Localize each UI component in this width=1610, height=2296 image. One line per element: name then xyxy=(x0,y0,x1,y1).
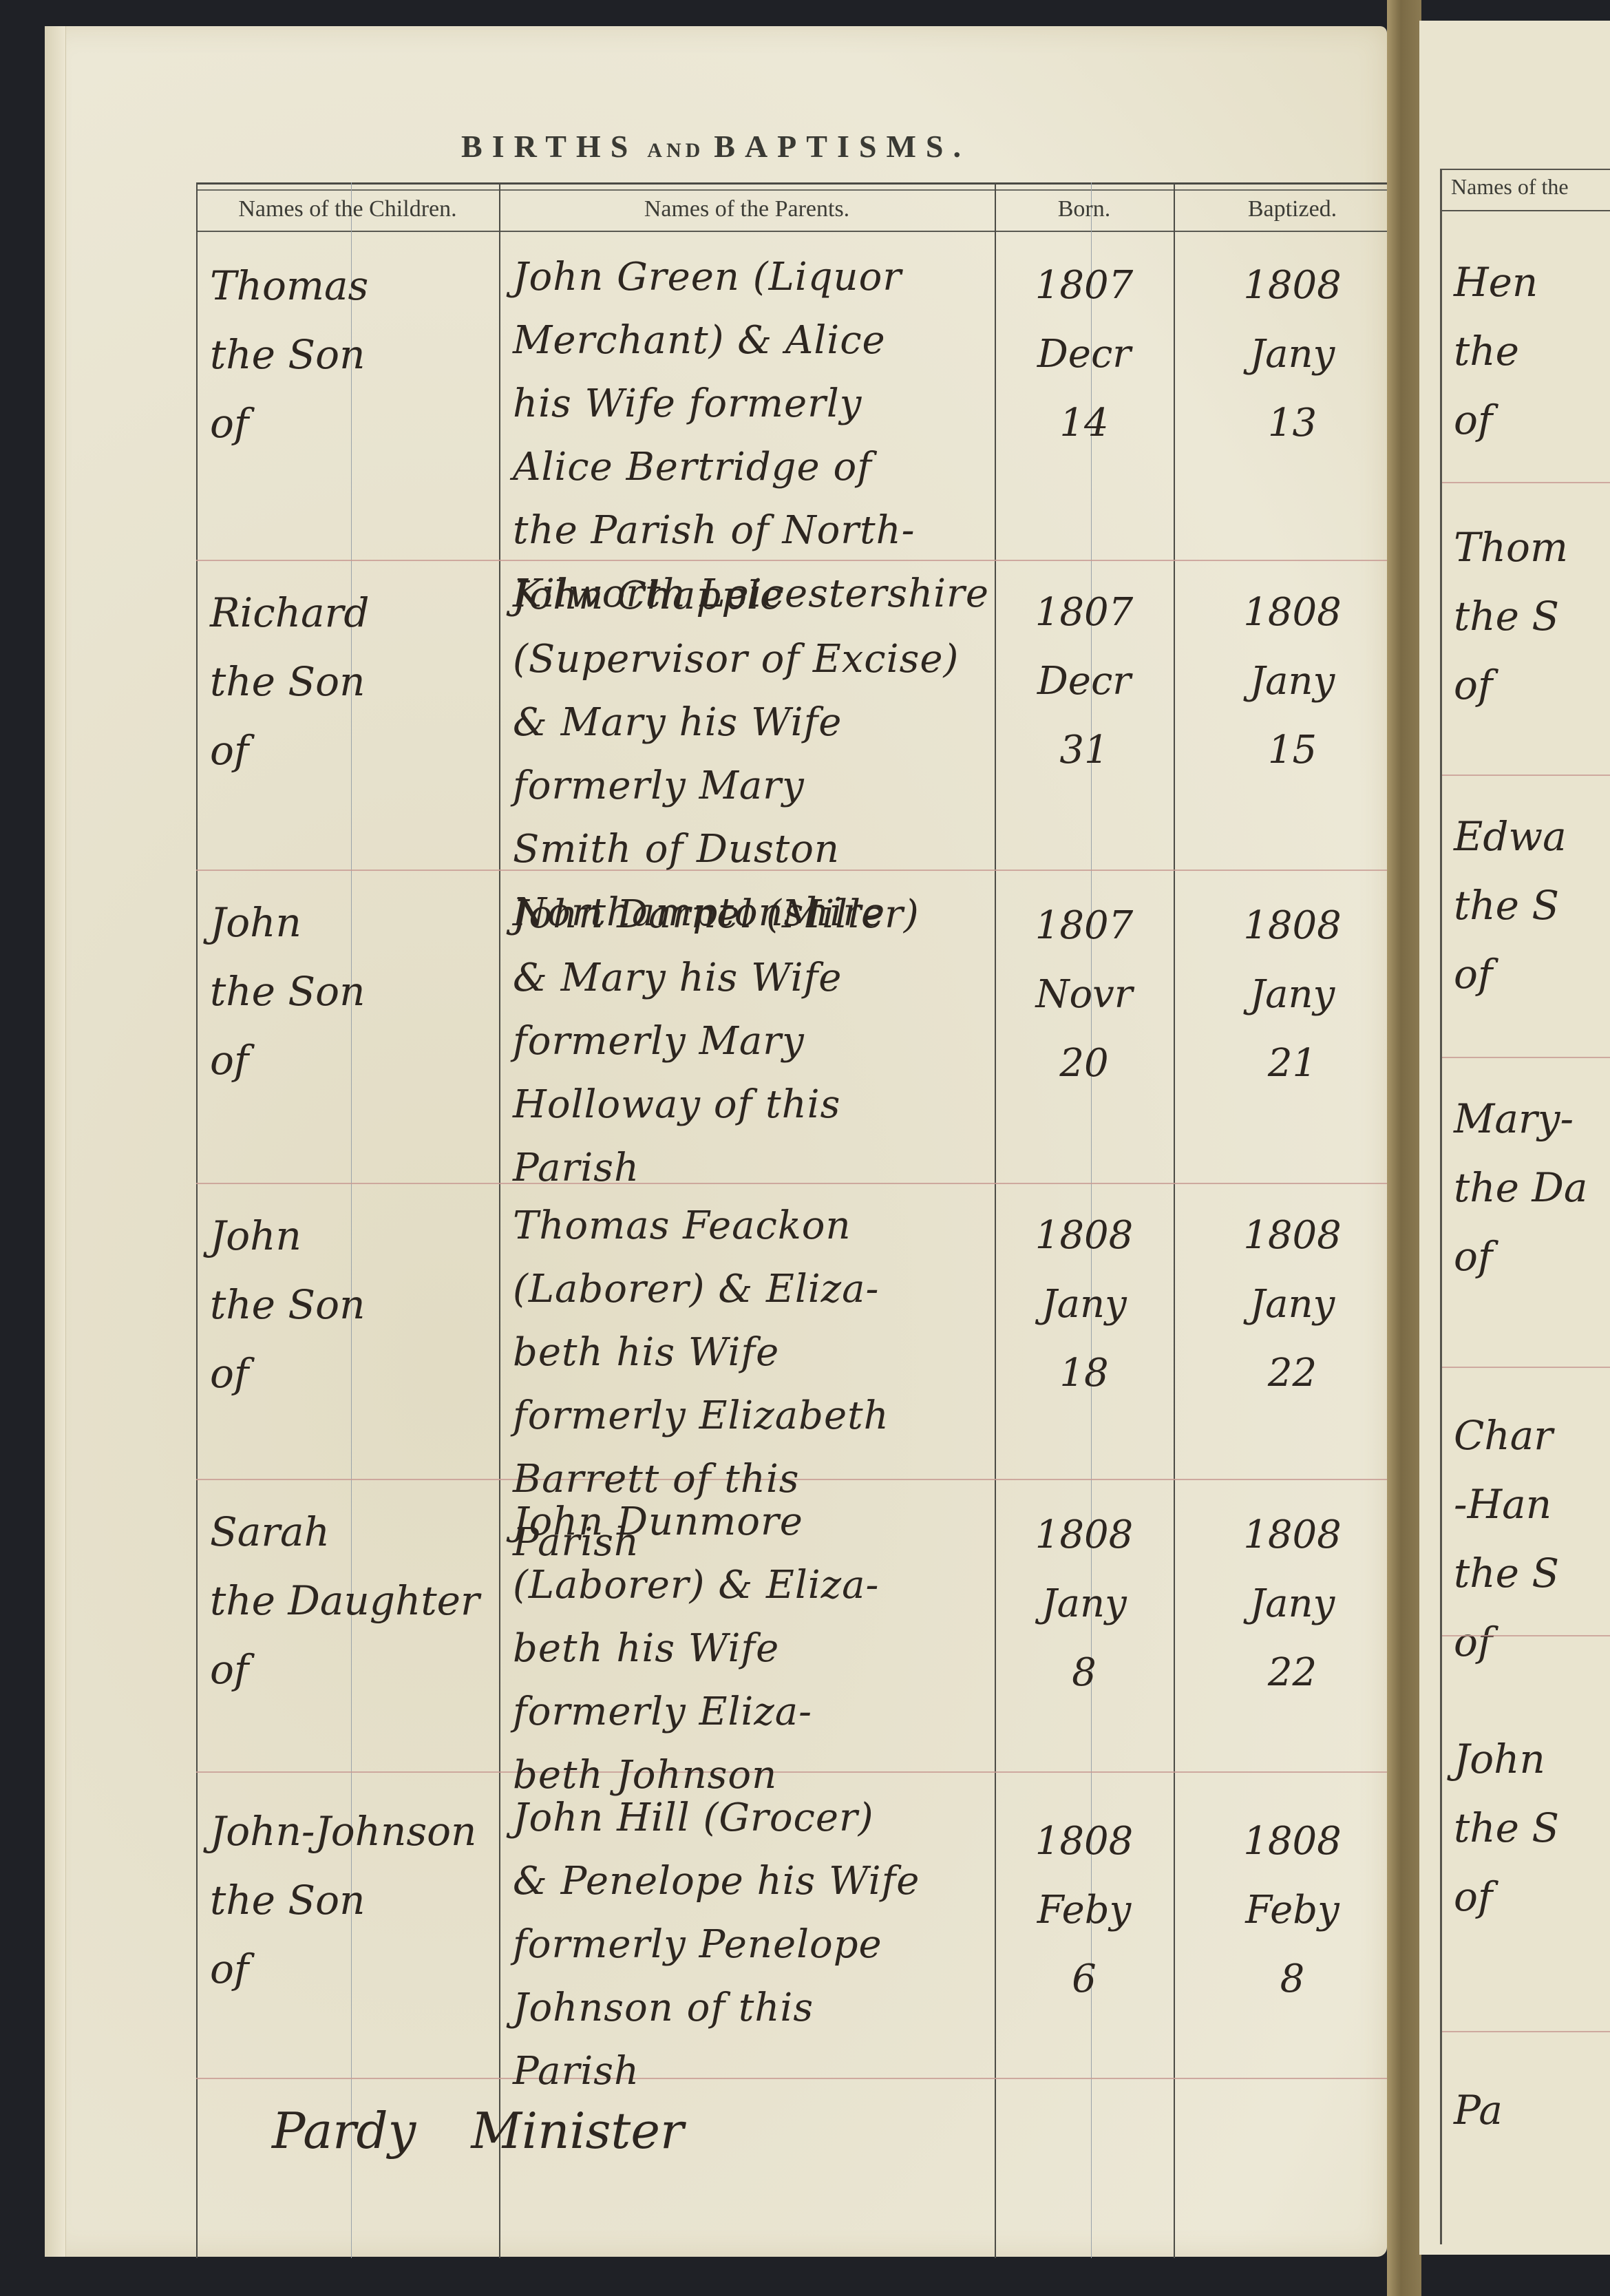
header-bottom-rule xyxy=(196,231,1415,232)
book-gutter xyxy=(1387,0,1421,2296)
facing-page-table: Names of the Hen the of Thom the S of Ed… xyxy=(1440,169,1610,2244)
entry-5-parents: John Dunmore (Laborer) & Eliza- beth his… xyxy=(513,1491,879,1807)
entry-5-child: Sarah the Daughter of xyxy=(210,1497,480,1704)
facing-row-divider xyxy=(1442,1635,1610,1636)
entry-6-baptized: 1808 Feby 8 xyxy=(1174,1807,1411,2014)
facing-signature: Pa xyxy=(1454,2076,1503,2145)
header-children: Names of the Children. xyxy=(196,196,499,222)
signature-role: Minister xyxy=(471,2102,684,2160)
facing-row-divider xyxy=(1442,1057,1610,1058)
entry-6-born: 1808 Feby 6 xyxy=(995,1807,1174,2014)
minister-signature: PardyMinister xyxy=(272,2102,684,2160)
facing-row-divider xyxy=(1442,775,1610,776)
title-and: AND xyxy=(647,139,704,162)
entry-3-baptized: 1808 Jany 21 xyxy=(1174,892,1411,1098)
facing-row-divider xyxy=(1442,482,1610,483)
title-baptisms: BAPTISMS. xyxy=(714,129,971,164)
facing-table-top-rule xyxy=(1440,169,1610,170)
entry-5-baptized: 1808 Jany 22 xyxy=(1174,1501,1411,1707)
entry-6-child: John-Johnson the Son of xyxy=(210,1797,476,2003)
entry-5-born: 1808 Jany 8 xyxy=(995,1501,1174,1707)
facing-entry-3: Edwa the S of xyxy=(1454,802,1567,1009)
facing-row-divider xyxy=(1442,1367,1610,1368)
header-born: Born. xyxy=(995,196,1174,222)
col-border-children xyxy=(499,182,500,2258)
header-parents: Names of the Parents. xyxy=(499,196,995,222)
page-title: BIRTHSANDBAPTISMS. xyxy=(45,128,1387,165)
entry-4-born: 1808 Jany 18 xyxy=(995,1201,1174,1408)
table-top-rule-inner xyxy=(196,189,1415,191)
entry-3-parents: John Darnel (Miller) & Mary his Wife for… xyxy=(513,883,920,1200)
entry-1-child: Thomas the Son of xyxy=(210,251,368,458)
facing-entry-1: Hen the of xyxy=(1454,248,1538,454)
facing-row-divider xyxy=(1442,2031,1610,2032)
left-page: BIRTHSANDBAPTISMS. Names of the Children… xyxy=(45,26,1387,2257)
entry-1-baptized: 1808 Jany 13 xyxy=(1174,251,1411,458)
table-top-rule xyxy=(196,182,1415,185)
facing-entry-6: John the S of xyxy=(1454,1725,1559,1931)
entry-2-born: 1807 Decr 31 xyxy=(995,578,1174,785)
facing-header-children: Names of the xyxy=(1451,174,1569,200)
entry-2-baptized: 1808 Jany 15 xyxy=(1174,578,1411,785)
entry-3-child: John the Son of xyxy=(210,888,365,1095)
facing-entry-4: Mary- the Da of xyxy=(1454,1084,1588,1291)
entry-6-parents: John Hill (Grocer) & Penelope his Wife f… xyxy=(513,1787,920,2103)
title-births: BIRTHS xyxy=(461,129,637,164)
entry-4-child: John the Son of xyxy=(210,1201,365,1408)
header-baptized: Baptized. xyxy=(1174,196,1411,222)
entry-1-born: 1807 Decr 14 xyxy=(995,251,1174,458)
facing-table-left-border xyxy=(1440,169,1442,2244)
entry-2-child: Richard the Son of xyxy=(210,578,370,785)
facing-entry-2: Thom the S of xyxy=(1454,513,1568,719)
entry-3-born: 1807 Novr 20 xyxy=(995,892,1174,1098)
facing-header-rule xyxy=(1440,210,1610,211)
col-border-left xyxy=(196,182,198,2258)
page-edge xyxy=(45,26,66,2257)
entry-4-baptized: 1808 Jany 22 xyxy=(1174,1201,1411,1408)
register-table: Names of the Children. Names of the Pare… xyxy=(196,182,1415,2258)
signature-name: Pardy xyxy=(272,2102,416,2160)
